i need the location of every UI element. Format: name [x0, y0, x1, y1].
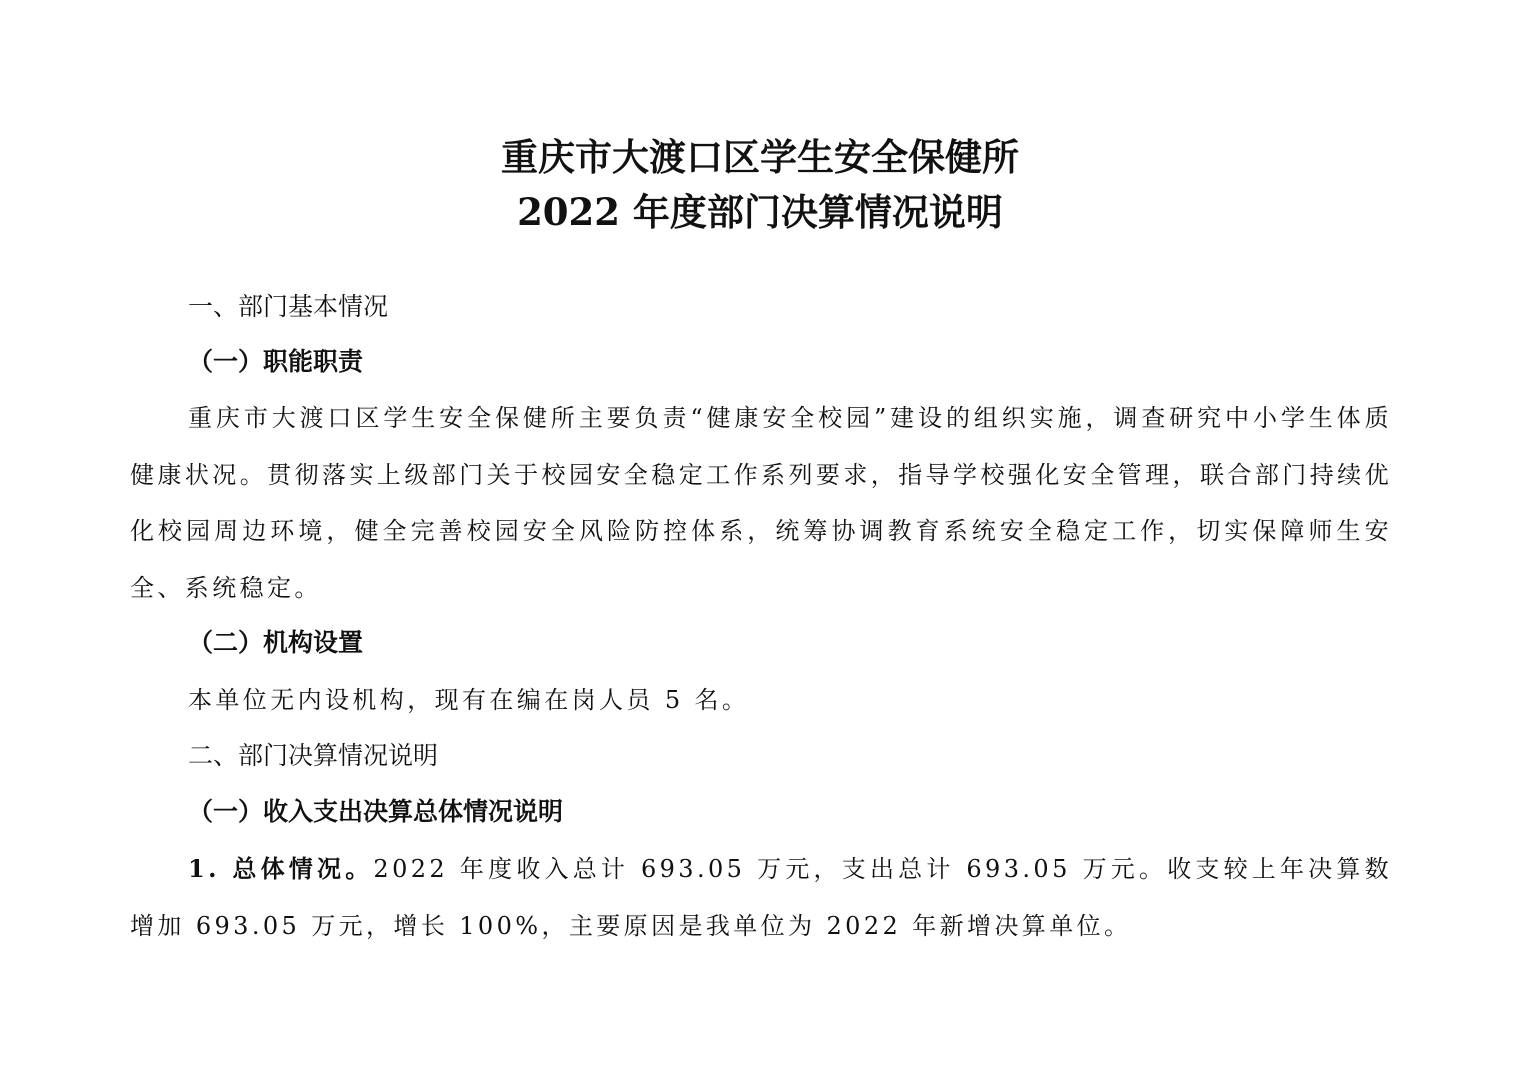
- subsection-heading-organization: （二）机构设置: [188, 626, 363, 660]
- section-heading-basic-info: 一、部门基本情况: [188, 290, 388, 324]
- document-title-line-1: 重庆市大渡口区学生安全保健所: [0, 133, 1520, 181]
- paragraph-organization: 本单位无内设机构，现有在编在岗人员 5 名。: [188, 672, 1388, 729]
- paragraph-lead-overall: 1. 总体情况。: [188, 854, 373, 883]
- document-title-line-2: 2022 年度部门决算情况说明: [0, 188, 1520, 236]
- document-page: 重庆市大渡口区学生安全保健所 2022 年度部门决算情况说明 一、部门基本情况 …: [0, 0, 1520, 1074]
- subsection-heading-functions: （一）职能职责: [188, 345, 363, 379]
- paragraph-functions: 重庆市大渡口区学生安全保健所主要负责“健康安全校园”建设的组织实施，调查研究中小…: [130, 390, 1392, 616]
- paragraph-income-expenditure: 1. 总体情况。2022 年度收入总计 693.05 万元，支出总计 693.0…: [130, 841, 1392, 954]
- section-heading-final-accounts: 二、部门决算情况说明: [188, 739, 438, 773]
- subsection-heading-income-expenditure: （一）收入支出决算总体情况说明: [188, 795, 563, 829]
